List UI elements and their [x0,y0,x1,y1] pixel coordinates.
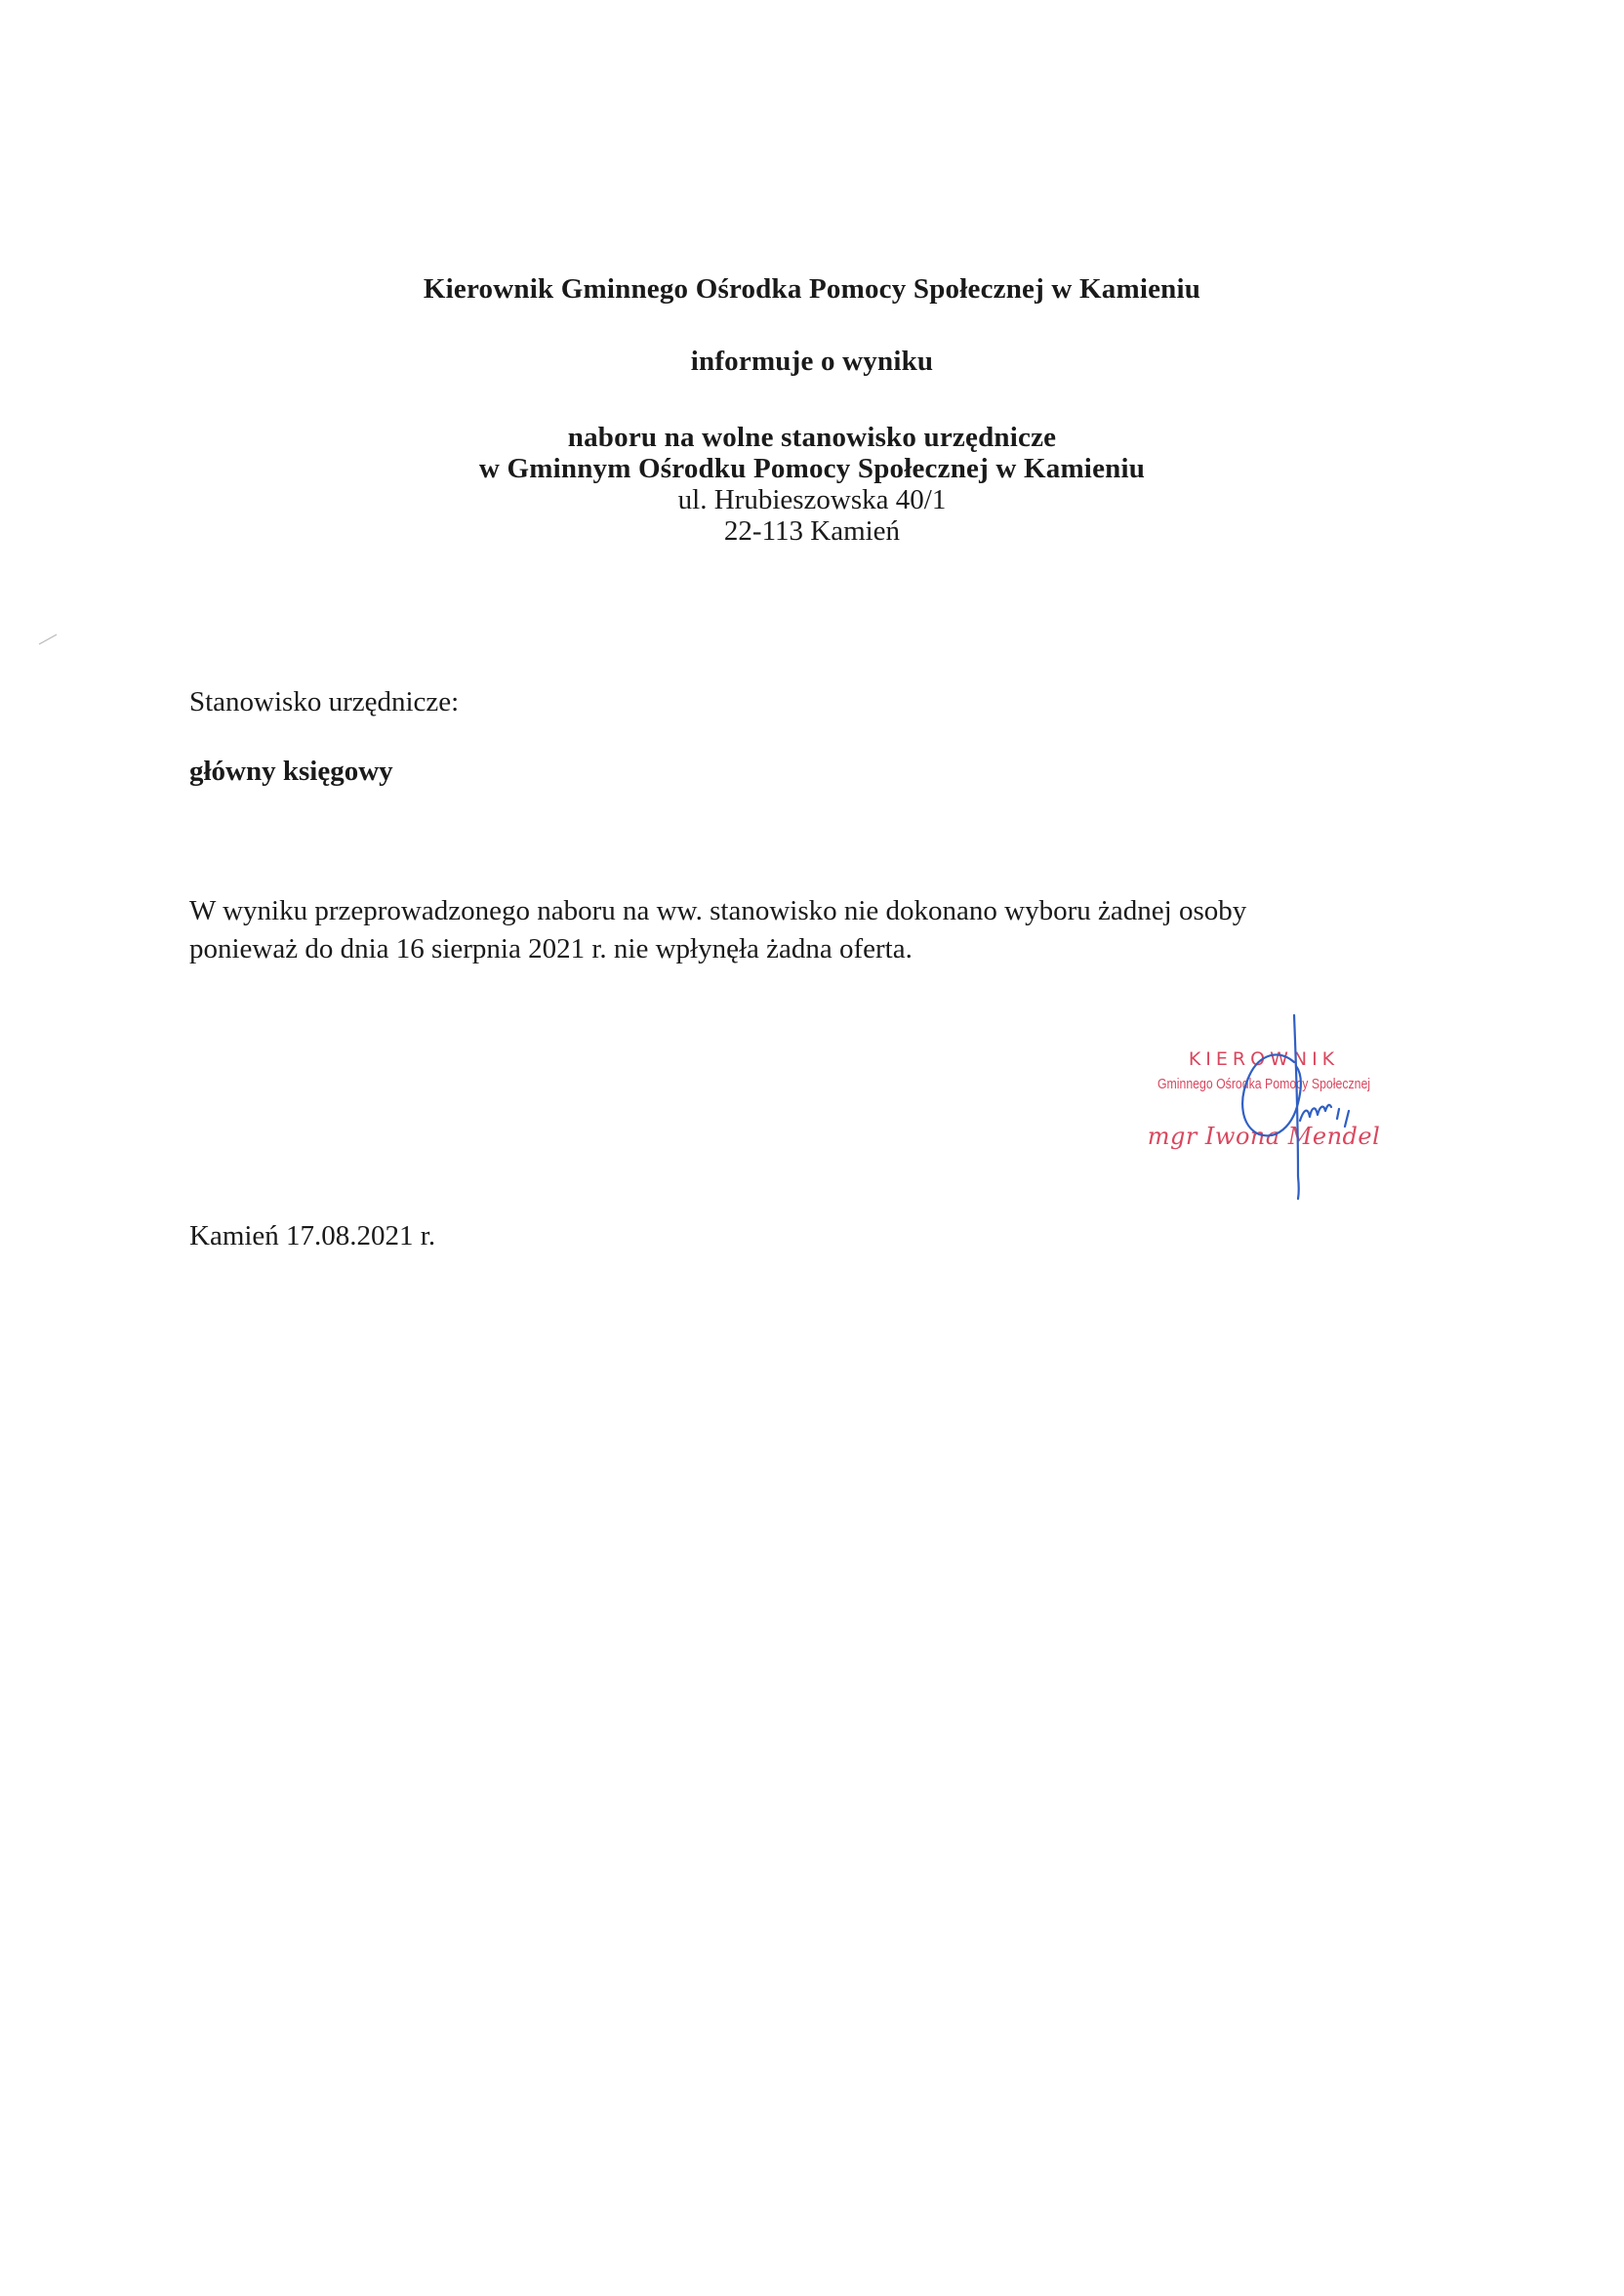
stamp-organization: Gminnego Ośrodka Pomocy Społecznej [1132,1076,1397,1092]
address-city: 22-113 Kamień [0,515,1624,547]
address-street: ul. Hrubieszowska 40/1 [0,484,1624,515]
date-place: Kamień 17.08.2021 r. [189,1220,435,1251]
position-label: Stanowisko urzędnicze: [189,686,459,717]
result-line-1: W wyniku przeprowadzonego naboru na ww. … [189,892,1458,930]
position-value: główny księgowy [189,756,393,787]
document-page: Kierownik Gminnego Ośrodka Pomocy Społec… [0,0,1624,2296]
heading-subject-line-2: w Gminnym Ośrodku Pomocy Społecznej w Ka… [0,453,1624,484]
result-line-2: ponieważ do dnia 16 sierpnia 2021 r. nie… [189,930,1458,968]
stamp-title: KIEROWNIK [1103,1048,1425,1070]
heading-subject-line-1: naboru na wolne stanowisko urzędnicze [0,422,1624,453]
heading-subject-block: naboru na wolne stanowisko urzędnicze w … [0,422,1624,547]
scan-artifact-mark [37,633,59,646]
handwritten-signature [1103,1005,1425,1210]
official-stamp: KIEROWNIK Gminnego Ośrodka Pomocy Społec… [1103,1005,1425,1210]
heading-action-block: informuje o wyniku [0,346,1624,377]
result-paragraph: W wyniku przeprowadzonego naboru na ww. … [189,892,1458,968]
heading-action: informuje o wyniku [0,346,1624,377]
document-heading: Kierownik Gminnego Ośrodka Pomocy Społec… [0,273,1624,305]
heading-issuer: Kierownik Gminnego Ośrodka Pomocy Społec… [0,273,1624,305]
stamp-name: mgr Iwona Mendel [1103,1123,1425,1150]
